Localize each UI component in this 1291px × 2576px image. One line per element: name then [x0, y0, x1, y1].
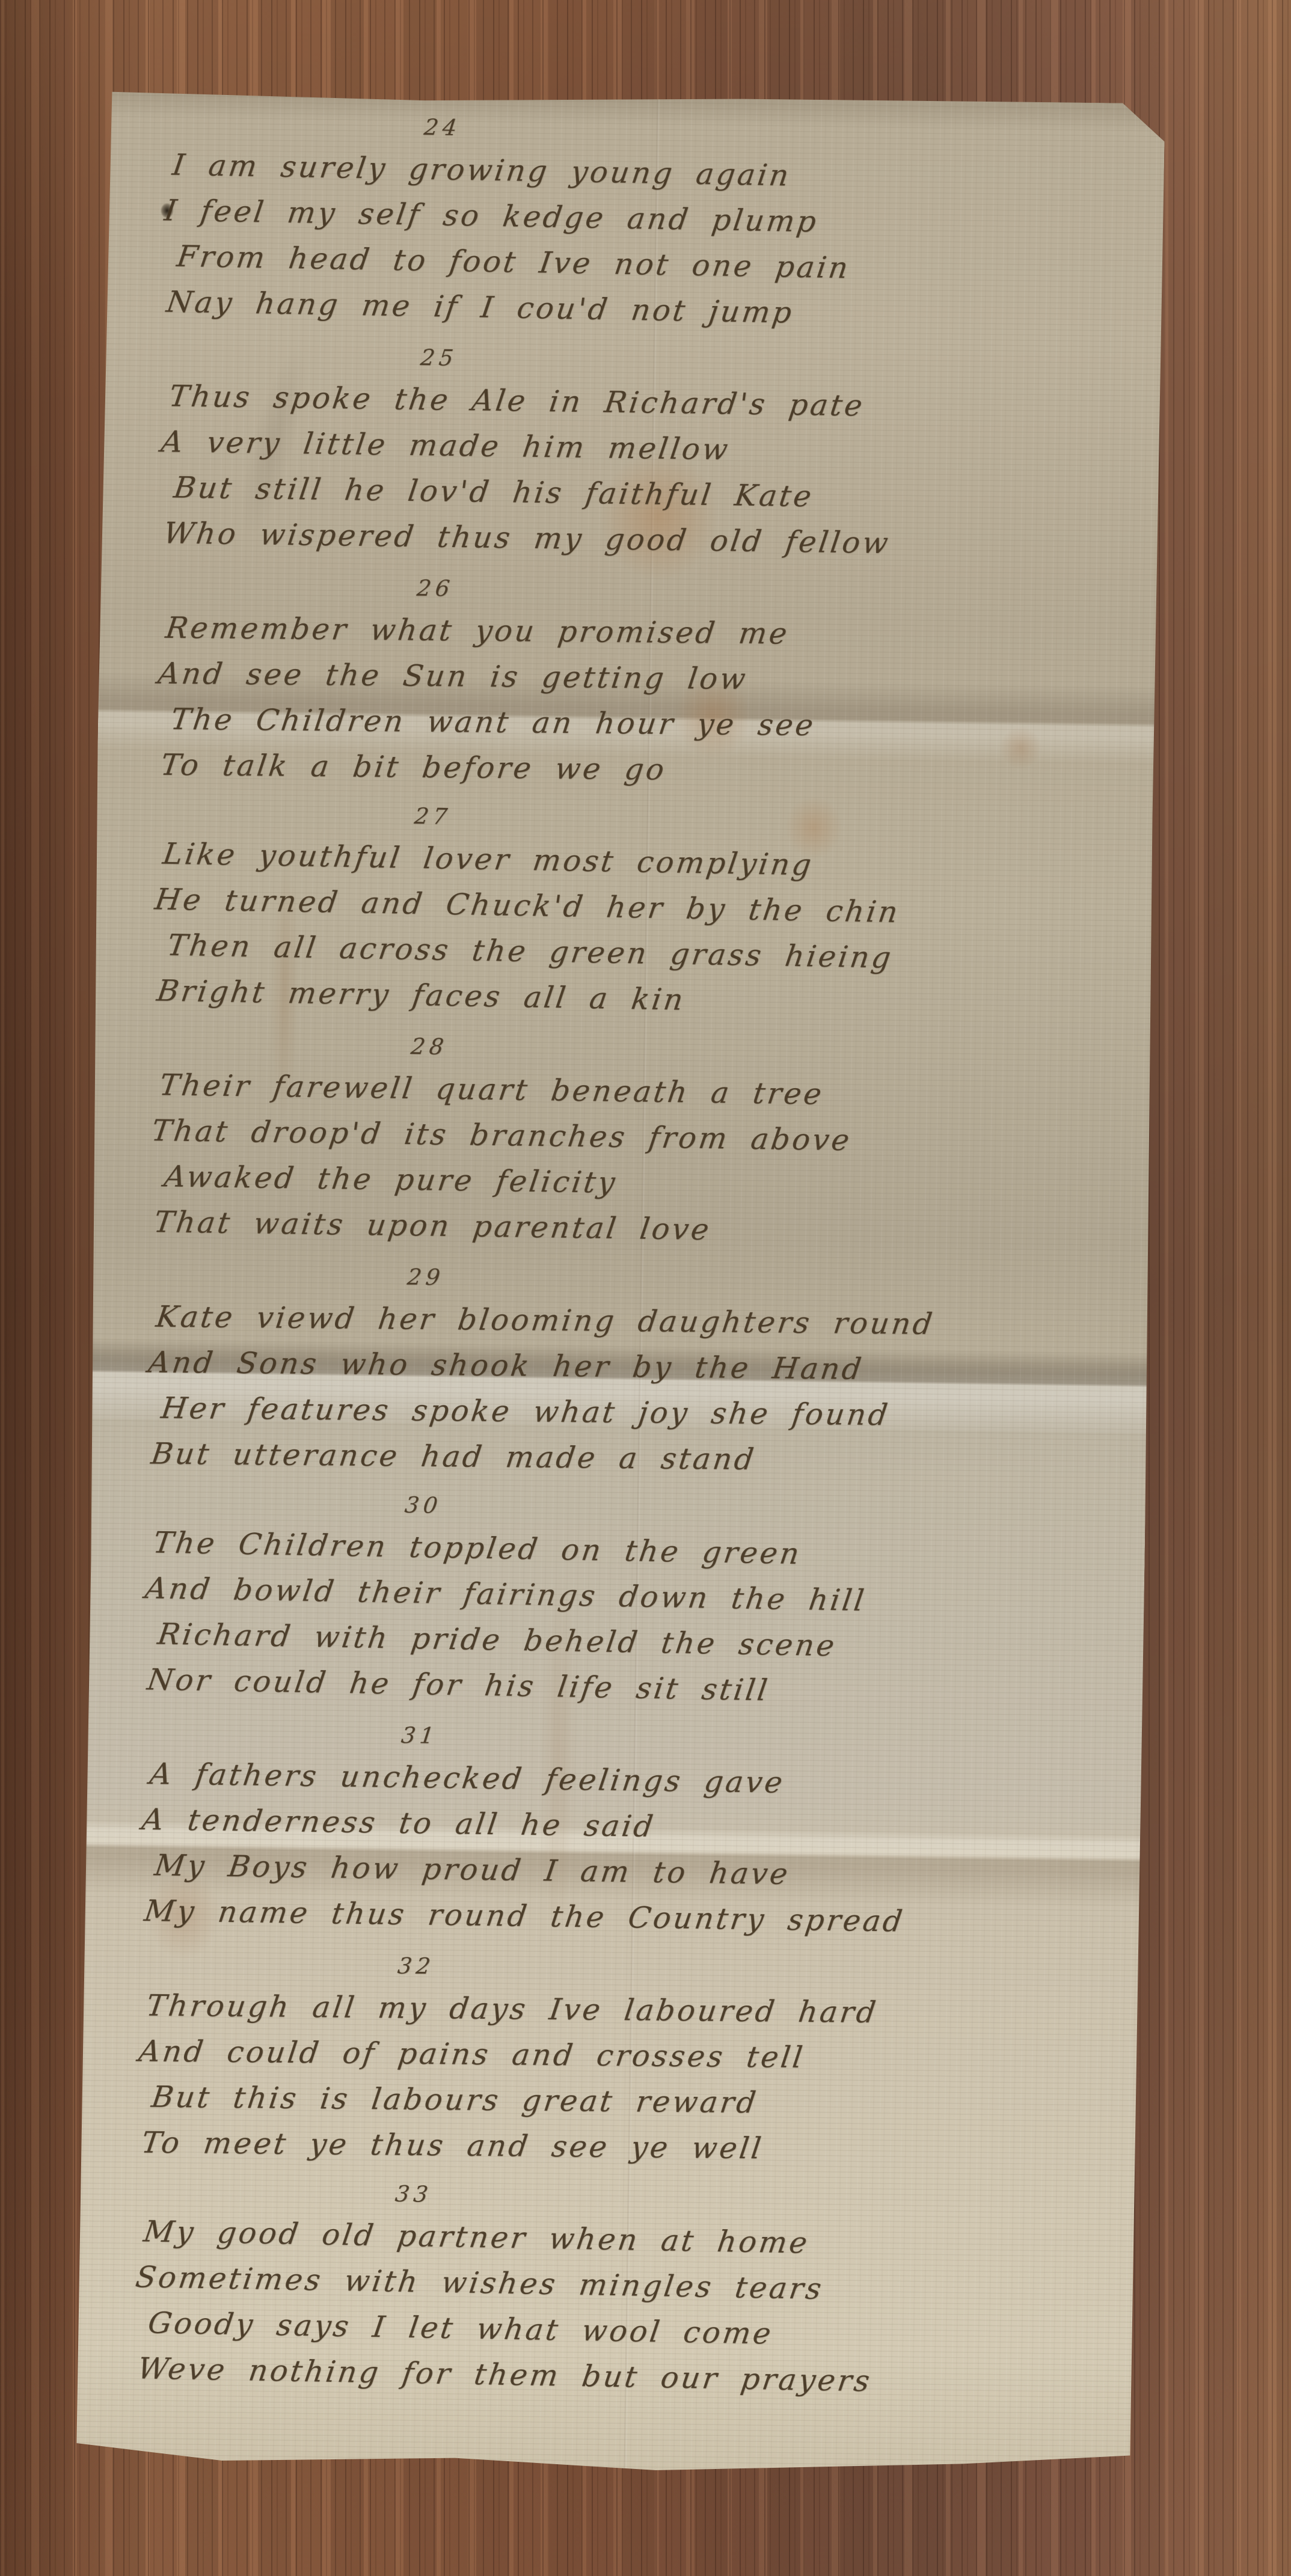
- verse-32: 32 Through all my days Ive laboured hard…: [135, 1944, 1102, 2174]
- verse-line: To talk a bit before we go: [158, 742, 1123, 797]
- manuscript-text: 24 I am surely growing young again I fee…: [74, 89, 1165, 2478]
- verse-line: But utterance had made a stand: [149, 1431, 1114, 1486]
- verse-number: 26: [415, 569, 1124, 614]
- verse-30: 30 The Children toppled on the green And…: [141, 1481, 1110, 1719]
- verse-25: 25 Thus spoke the Ale in Richard's pate …: [158, 335, 1126, 569]
- verse-number: 29: [405, 1258, 1114, 1303]
- verse-31: 31 A fathers unchecked feelings gave A t…: [138, 1713, 1106, 1947]
- verse-28: 28 Their farewell quart beneath a tree T…: [148, 1024, 1116, 1258]
- photo-of-manuscript: { "colors": { "wood_base": "#7a4f37", "w…: [0, 0, 1291, 2576]
- verse-27: 27 Like youthful lover most complying He…: [151, 792, 1120, 1030]
- verse-29: 29 Kate viewd her blooming daughters rou…: [145, 1256, 1112, 1486]
- verse-33: 33 My good old partner when at home Some…: [132, 2170, 1100, 2408]
- verse-24: 24 I am surely growing young again I fee…: [161, 103, 1129, 341]
- verse-line: To meet ye thus and see ye well: [139, 2120, 1104, 2175]
- verse-26: 26 Remember what you promised me And see…: [155, 567, 1121, 797]
- manuscript-paper-sheet: 24 I am surely growing young again I fee…: [74, 89, 1165, 2478]
- verse-number: 32: [396, 1947, 1105, 1992]
